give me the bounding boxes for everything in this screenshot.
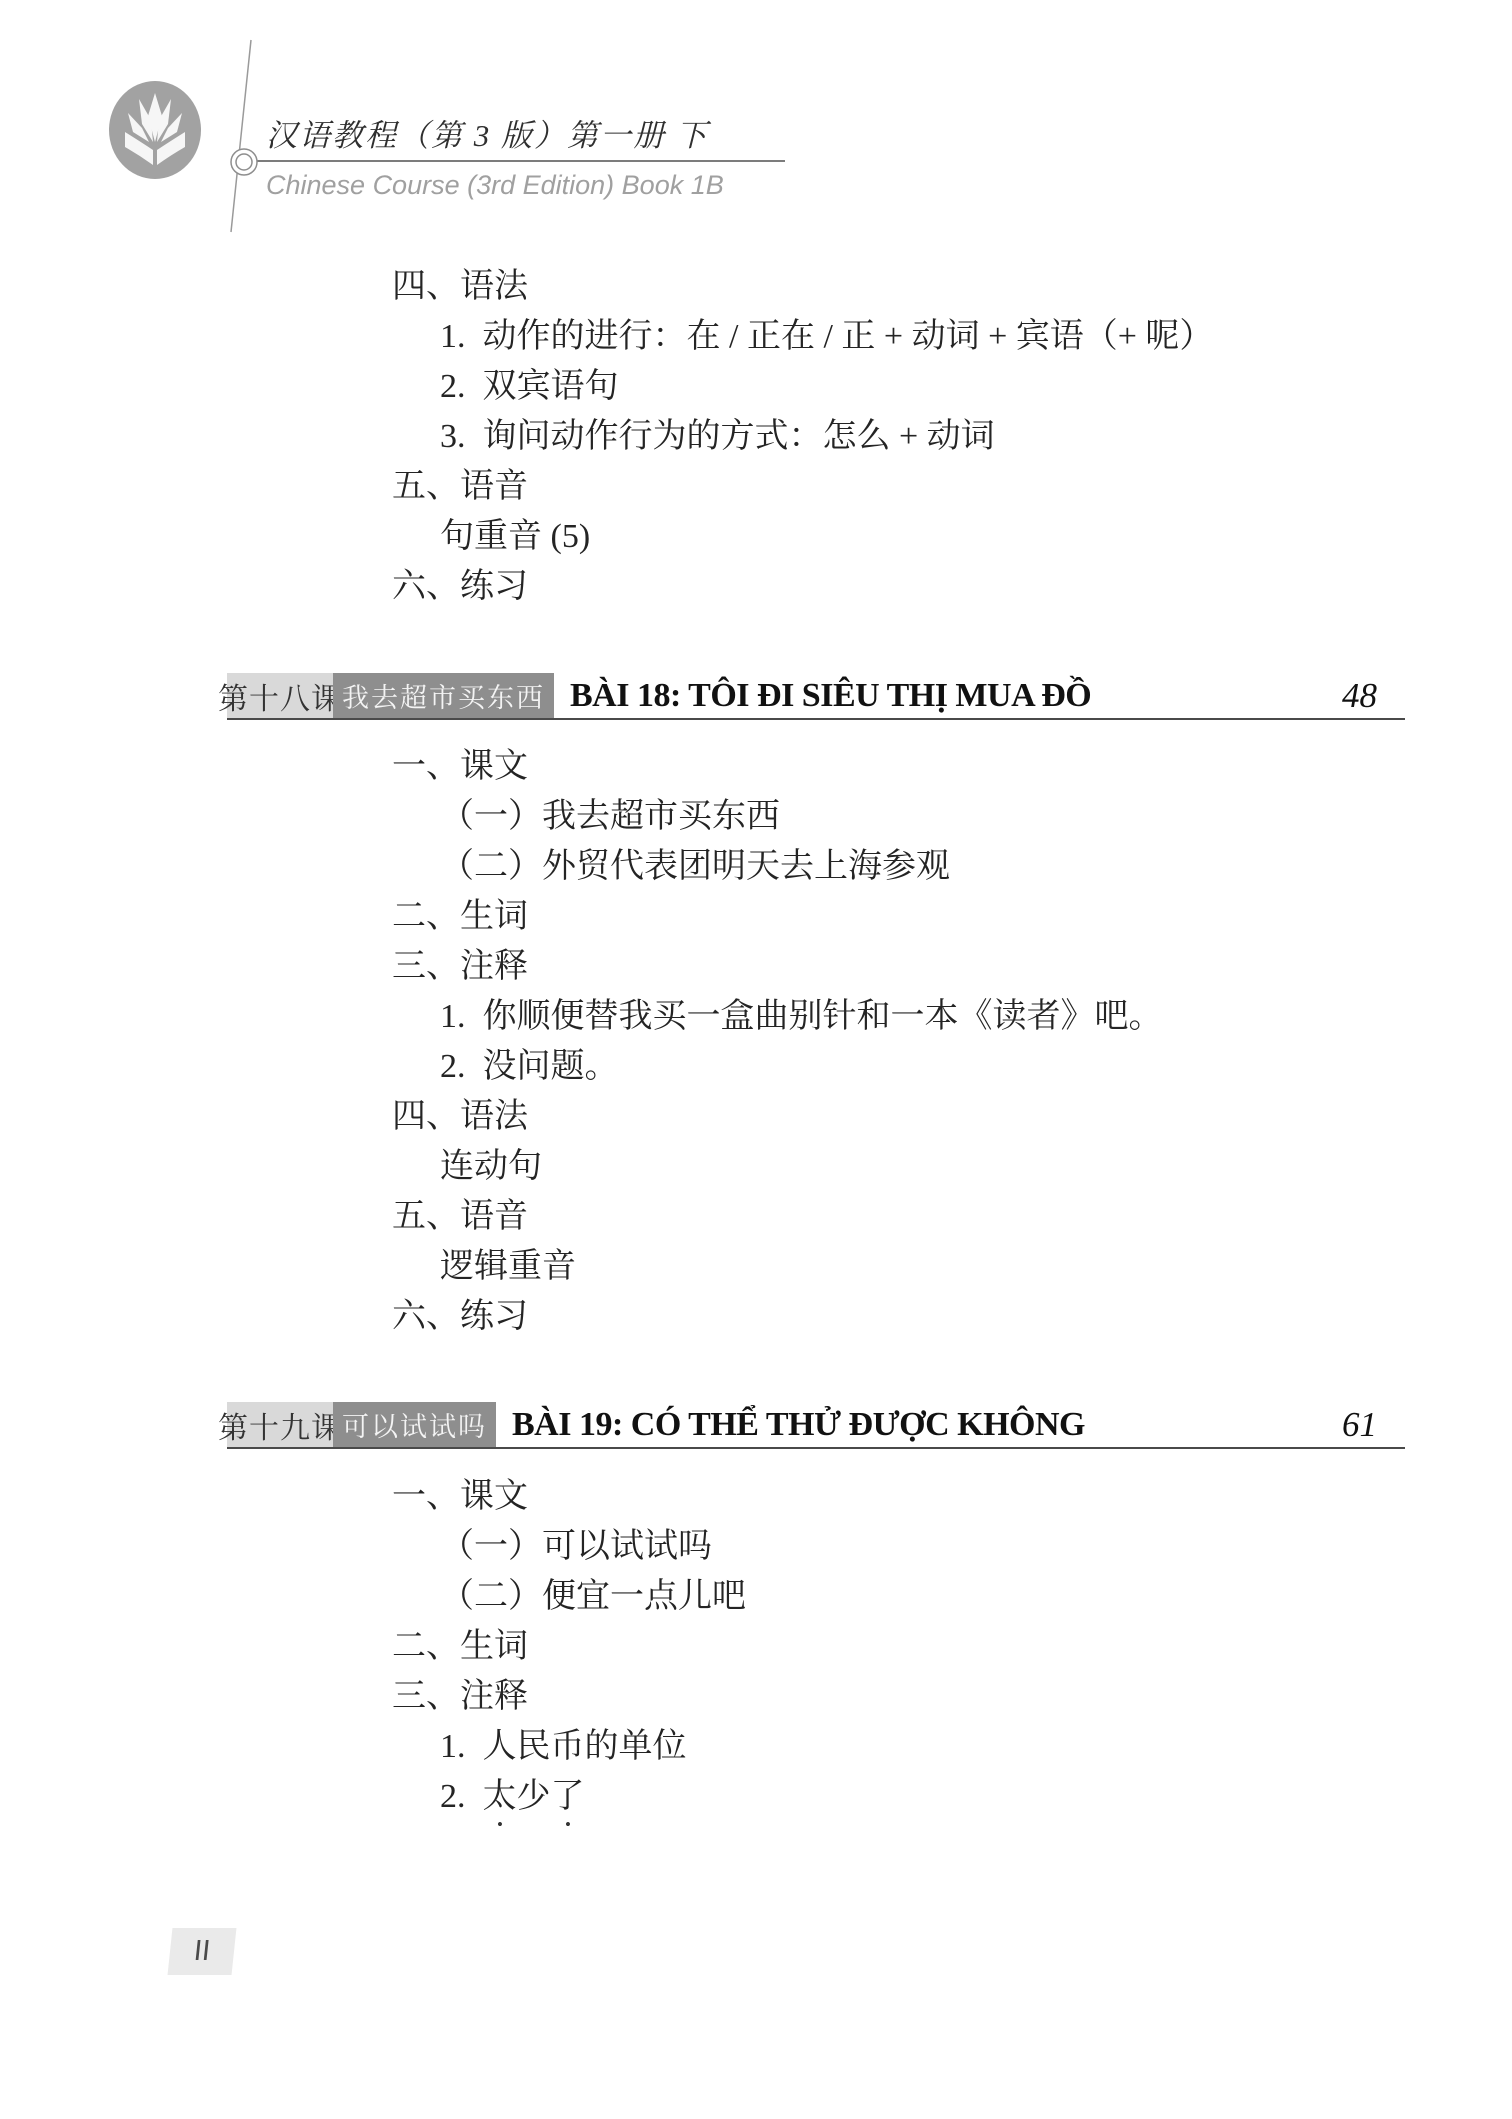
header-rule — [257, 160, 785, 162]
toc-item: 2. 没问题。 — [440, 1042, 1392, 1092]
book-title-chinese: 汉语教程（第 3 版）第一册 下 — [266, 110, 709, 155]
lesson-page-number: 48 — [1342, 673, 1405, 718]
toc-item: 3. 询问动作行为的方式：怎么 + 动词 — [440, 412, 1392, 462]
toc-item: 句重音 (5) — [440, 512, 1392, 562]
lesson-18-header-row: 第十八课 我去超市买东西 BÀI 18: TÔI ĐI SIÊU THỊ MUA… — [227, 673, 1405, 720]
lesson-title-vietnamese: BÀI 18: TÔI ĐI SIÊU THỊ MUA ĐỒ — [570, 673, 1091, 718]
toc-item: 五、语音 — [392, 1192, 1392, 1242]
lesson-number-box: 第十九课 — [227, 1402, 333, 1447]
toc-item: 六、练习 — [392, 562, 1392, 612]
toc-item: 一、课文 — [392, 1472, 1392, 1522]
toc-item: 四、语法 — [392, 1092, 1392, 1142]
toc-item: 逻辑重音 — [440, 1242, 1392, 1292]
toc-item: 2. 双宾语句 — [440, 362, 1392, 412]
page-number-tab: II — [168, 1928, 237, 1975]
lesson-number-box: 第十八课 — [227, 673, 333, 718]
toc-item: 1. 动作的进行：在 / 正在 / 正 + 动词 + 宾语（+ 呢） — [440, 312, 1392, 362]
toc-item: （二）便宜一点儿吧 — [440, 1572, 1392, 1622]
lesson-page-number: 61 — [1342, 1402, 1405, 1447]
toc-item: （二）外贸代表团明天去上海参观 — [440, 842, 1392, 892]
toc-section-lesson-18: 一、课文 （一）我去超市买东西 （二）外贸代表团明天去上海参观 二、生词 三、注… — [392, 742, 1392, 1342]
header-ornament-line-circle-icon — [195, 36, 285, 236]
toc-section-intro: 四、语法 1. 动作的进行：在 / 正在 / 正 + 动词 + 宾语（+ 呢） … — [392, 262, 1392, 612]
toc-item: 1. 人民币的单位 — [440, 1722, 1392, 1772]
toc-item: 三、注释 — [392, 1672, 1392, 1722]
book-title-english: Chinese Course (3rd Edition) Book 1B — [266, 170, 724, 201]
toc-item: （一）可以试试吗 — [440, 1522, 1392, 1572]
toc-item: 五、语音 — [392, 462, 1392, 512]
toc-item: 二、生词 — [392, 892, 1392, 942]
toc-item: （一）我去超市买东西 — [440, 792, 1392, 842]
toc-item: 1. 你顺便替我买一盒曲别针和一本《读者》吧。 — [440, 992, 1392, 1042]
toc-item: 二、生词 — [392, 1622, 1392, 1672]
open-book-logo-icon — [108, 80, 202, 180]
lesson-title-chinese-box: 可以试试吗 — [333, 1402, 496, 1447]
toc-item: 六、练习 — [392, 1292, 1392, 1342]
document-page: 汉语教程（第 3 版）第一册 下 Chinese Course (3rd Edi… — [0, 0, 1512, 2119]
toc-item-emphasized: 2. 太少了 — [440, 1772, 1392, 1822]
page-number: II — [192, 1935, 212, 1968]
publisher-logo — [108, 80, 202, 180]
lesson-title-vietnamese: BÀI 19: CÓ THỂ THỬ ĐƯỢC KHÔNG — [512, 1402, 1085, 1447]
toc-item: 四、语法 — [392, 262, 1392, 312]
toc-item: 三、注释 — [392, 942, 1392, 992]
toc-section-lesson-19: 一、课文 （一）可以试试吗 （二）便宜一点儿吧 二、生词 三、注释 1. 人民币… — [392, 1472, 1392, 1822]
lesson-19-header-row: 第十九课 可以试试吗 BÀI 19: CÓ THỂ THỬ ĐƯỢC KHÔNG… — [227, 1402, 1405, 1449]
toc-item: 连动句 — [440, 1142, 1392, 1192]
lesson-title-chinese-box: 我去超市买东西 — [333, 673, 554, 718]
toc-item: 一、课文 — [392, 742, 1392, 792]
